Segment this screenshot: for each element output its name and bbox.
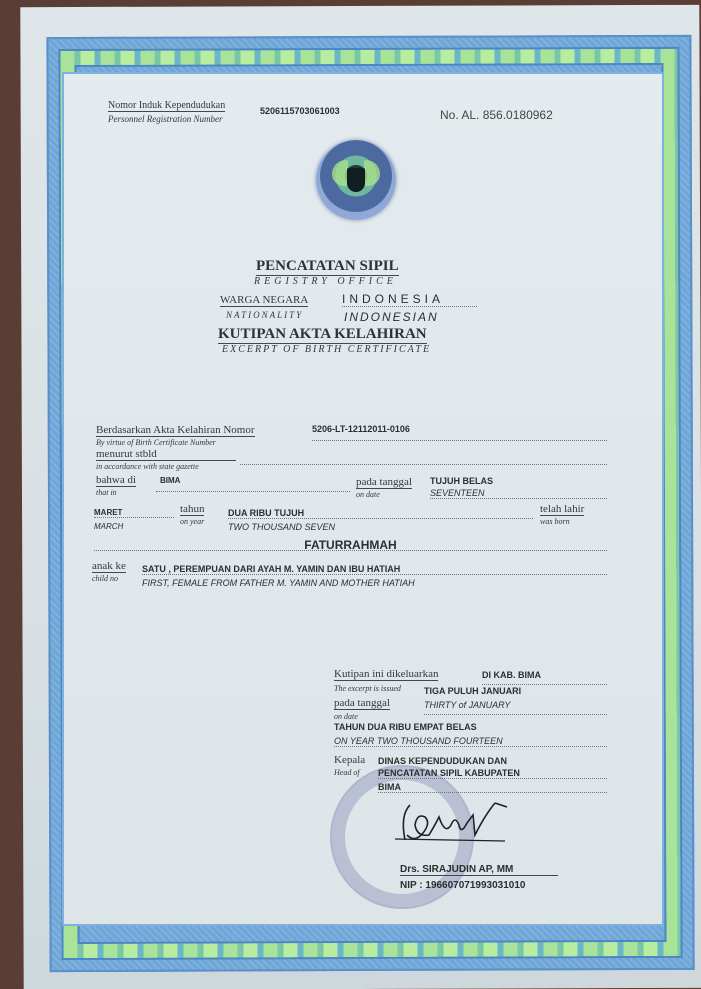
cert-number-label: Berdasarkan Akta Kelahiran Nomor bbox=[96, 424, 255, 437]
child-order-value-en: FIRST, FEMALE FROM FATHER M. YAMIN AND M… bbox=[142, 578, 415, 588]
date-label: pada tanggal bbox=[356, 476, 412, 489]
signature-mark bbox=[395, 795, 535, 855]
month-value-en: MARCH bbox=[94, 522, 123, 531]
child-name: FATURRAHMAH bbox=[94, 538, 607, 552]
born-label-en: was born bbox=[540, 517, 570, 526]
nationality-label-en: NATIONALITY bbox=[226, 310, 303, 320]
garuda-hologram-seal bbox=[316, 140, 396, 220]
place-value: BIMA bbox=[156, 476, 350, 492]
cert-number-value: 5206-LT-12112011-0106 bbox=[312, 424, 607, 441]
issued-year-value: TAHUN DUA RIBU EMPAT BELAS bbox=[334, 722, 477, 732]
head-value-line2: PENCATATAN SIPIL KABUPATEN bbox=[378, 768, 607, 779]
official-nip: NIP : 196607071993031010 bbox=[400, 880, 525, 891]
document-title-en: EXCERPT OF BIRTH CERTIFICATE bbox=[222, 344, 431, 355]
head-value-line1: DINAS KEPENDUDUKAN DAN bbox=[378, 756, 507, 766]
child-order-value: SATU , PEREMPUAN DARI AYAH M. YAMIN DAN … bbox=[142, 564, 607, 575]
stbld-line bbox=[240, 464, 607, 465]
head-label: Kepala bbox=[334, 754, 365, 766]
issued-year-value-en: ON YEAR TWO THOUSAND FOURTEEN bbox=[334, 736, 607, 747]
office-title-en: REGISTRY OFFICE bbox=[254, 276, 397, 287]
child-order-label-en: child no bbox=[92, 574, 118, 583]
issued-label: Kutipan ini dikeluarkan bbox=[334, 668, 438, 681]
issued-label-en: The excerpt is issued bbox=[334, 684, 401, 693]
nik-label-en: Personnel Registration Number bbox=[108, 114, 223, 124]
nik-value: 5206115703061003 bbox=[260, 106, 340, 116]
child-order-label: anak ke bbox=[92, 560, 126, 573]
date-label-en: on date bbox=[356, 490, 380, 499]
stbld-label-en: in accordance with state gazette bbox=[96, 462, 199, 471]
office-title: PENCATATAN SIPIL bbox=[256, 258, 399, 276]
nationality-label: WARGA NEGARA bbox=[220, 294, 308, 307]
cert-number-label-en: By virtue of Birth Certificate Number bbox=[96, 438, 216, 447]
official-name: Drs. SIRAJUDIN AP, MM bbox=[400, 864, 558, 876]
day-value-en: SEVENTEEN bbox=[430, 488, 607, 499]
issued-date-value-en: THIRTY of JANUARY bbox=[424, 700, 607, 715]
year-label: tahun bbox=[180, 503, 204, 516]
serial-number: No. AL. 856.0180962 bbox=[440, 108, 553, 122]
issued-date-label: pada tanggal bbox=[334, 697, 390, 710]
stbld-label: menurut stbld bbox=[96, 448, 236, 461]
year-label-en: on year bbox=[180, 517, 204, 526]
place-label: bahwa di bbox=[96, 474, 136, 487]
year-value-en: TWO THOUSAND SEVEN bbox=[228, 522, 335, 532]
issued-value: DI KAB. BIMA bbox=[482, 670, 607, 685]
day-value: TUJUH BELAS bbox=[430, 476, 493, 486]
head-value-line3: BIMA bbox=[378, 782, 607, 793]
month-value: MARET bbox=[94, 508, 174, 518]
nationality-value-en: INDONESIAN bbox=[344, 310, 439, 324]
head-label-en: Head of bbox=[334, 768, 360, 777]
nik-label: Nomor Induk Kependudukan bbox=[108, 100, 225, 112]
place-label-en: that in bbox=[96, 488, 117, 497]
nationality-value: INDONESIA bbox=[342, 292, 477, 307]
document-title: KUTIPAN AKTA KELAHIRAN bbox=[218, 326, 427, 344]
issued-date-label-en: on date bbox=[334, 712, 358, 721]
issued-date-value: TIGA PULUH JANUARI bbox=[424, 686, 521, 696]
born-label: telah lahir bbox=[540, 503, 584, 516]
year-value: DUA RIBU TUJUH bbox=[228, 508, 533, 519]
